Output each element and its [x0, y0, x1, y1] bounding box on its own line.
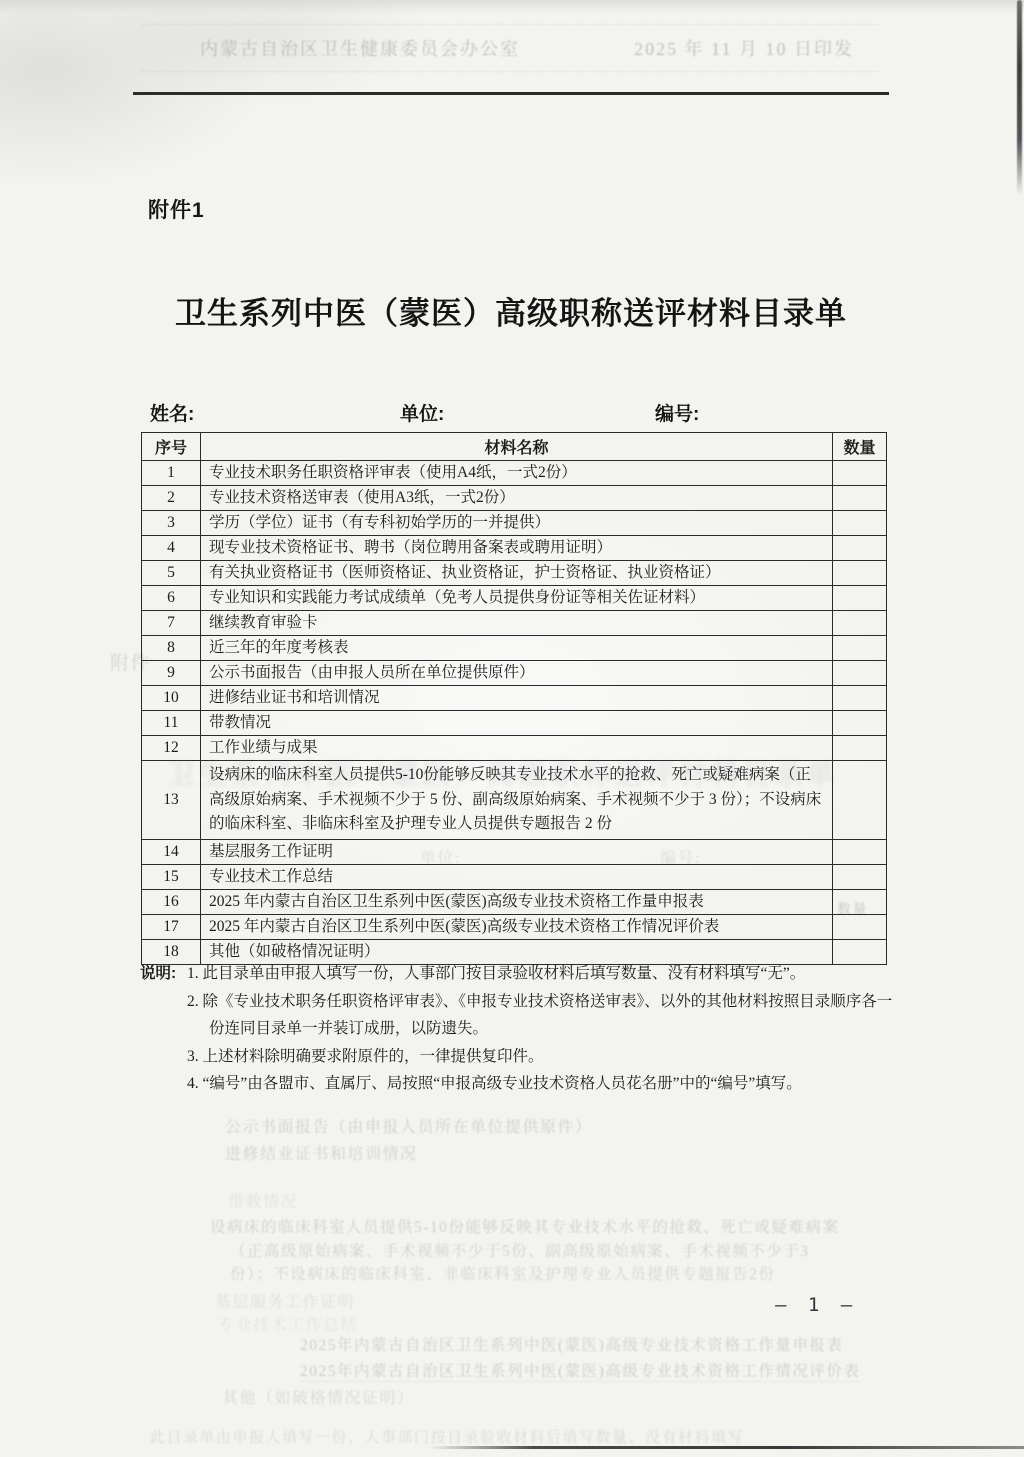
table-row: 15专业技术工作总结 [142, 864, 887, 889]
note-item: 4. “编号”由各盟市、直属厅、局按照“申报高级专业技术资格人员花名册”中的“编… [187, 1070, 896, 1098]
cell-qty [833, 889, 887, 914]
bleed-through-header: 内蒙古自治区卫生健康委员会办公室 2025 年 11 月 10 日印发 [142, 24, 878, 72]
scan-edge-right [1017, 0, 1022, 195]
cell-no: 15 [142, 864, 201, 889]
cell-name: 公示书面报告（由申报人员所在单位提供原件） [201, 661, 833, 686]
cell-name: 近三年的年度考核表 [201, 636, 833, 661]
table-header-row: 序号 材料名称 数量 [142, 433, 887, 461]
ghost-text-fragment: 基层服务工作证明 [215, 1289, 355, 1312]
cell-qty [833, 536, 887, 561]
cell-name: 现专业技术资格证书、聘书（岗位聘用备案表或聘用证明） [201, 536, 833, 561]
cell-name: 专业技术工作总结 [201, 864, 833, 889]
header-rule [133, 92, 889, 95]
cell-no: 13 [142, 761, 201, 840]
scan-edge-bottom [428, 1446, 1024, 1449]
cell-no: 8 [142, 636, 201, 661]
cell-name: 专业技术职务任职资格评审表（使用A4纸，一式2份） [201, 461, 833, 486]
cell-no: 7 [142, 611, 201, 636]
cell-qty [833, 511, 887, 536]
ghost-text-fragment: 专业技术工作总结 [218, 1312, 358, 1335]
ghost-text-fragment: 公示书面报告（由申报人员所在单位提供原件） [225, 1114, 593, 1137]
ghost-text-fragment: 份）；不设病床的临床科室、非临床科室及护理专业人员提供专题报告2份 [230, 1262, 776, 1284]
ghost-text-fragment: 2025年内蒙古自治区卫生系列中医(蒙医)高级专业技术资格工作情况评价表 [300, 1359, 860, 1382]
cell-qty [833, 711, 887, 736]
cell-name: 继续教育审验卡 [201, 611, 833, 636]
cell-name: 2025 年内蒙古自治区卫生系列中医(蒙医)高级专业技术资格工作量申报表 [201, 889, 833, 914]
cell-qty [833, 561, 887, 586]
name-label: 姓名: [150, 399, 194, 426]
table-row: 9公示书面报告（由申报人员所在单位提供原件） [142, 661, 887, 686]
cell-name: 专业知识和实践能力考试成绩单（免考人员提供身份证等相关佐证材料） [201, 586, 833, 611]
table-row: 13设病床的临床科室人员提供5-10份能够反映其专业技术水平的抢救、死亡或疑难病… [142, 761, 887, 840]
table-row: 4现专业技术资格证书、聘书（岗位聘用备案表或聘用证明） [142, 536, 887, 561]
note-item: 1. 此目录单由申报人填写一份，人事部门按目录验收材料后填写数量、没有材料填写“… [187, 960, 896, 988]
cell-qty [833, 761, 887, 840]
ghost-text-fragment: 带教情况 [228, 1189, 298, 1212]
scanned-document-page: 内蒙古自治区卫生健康委员会办公室 2025 年 11 月 10 日印发 附件1 … [0, 0, 1024, 1457]
page-number: — 1 — [775, 1294, 857, 1316]
cell-name: 专业技术资格送审表（使用A3纸，一式2份） [201, 486, 833, 511]
table-row: 7继续教育审验卡 [142, 611, 887, 636]
table-row: 6专业知识和实践能力考试成绩单（免考人员提供身份证等相关佐证材料） [142, 586, 887, 611]
cell-name: 学历（学位）证书（有专科初始学历的一并提供） [201, 511, 833, 536]
ghost-office-name: 内蒙古自治区卫生健康委员会办公室 [200, 35, 520, 61]
cell-qty [833, 586, 887, 611]
cell-no: 2 [142, 486, 201, 511]
cell-no: 14 [142, 839, 201, 864]
table-row: 11带教情况 [142, 711, 887, 736]
table-row: 12工作业绩与成果 [142, 736, 887, 761]
col-header-seq: 序号 [142, 433, 201, 461]
cell-qty [833, 611, 887, 636]
cell-qty [833, 636, 887, 661]
notes-label: 说明: [140, 960, 176, 988]
cell-qty [833, 486, 887, 511]
cell-name: 设病床的临床科室人员提供5-10份能够反映其专业技术水平的抢救、死亡或疑难病案（… [201, 761, 833, 840]
note-item: 2. 除《专业技术职务任职资格评审表》、《申报专业技术资格送审表》、以外的其他材… [187, 988, 896, 1043]
ghost-text-fragment: 设病床的临床科室人员提供5-10份能够反映其专业技术水平的抢救、死亡或疑难病案 [210, 1215, 839, 1237]
table-row: 8近三年的年度考核表 [142, 636, 887, 661]
ghost-text-fragment: （正高级原始病案、手术视频不少于5份、副高级原始病案、手术视频不少于3 [230, 1239, 810, 1261]
cell-no: 4 [142, 536, 201, 561]
cell-no: 16 [142, 889, 201, 914]
cell-no: 1 [142, 461, 201, 486]
unit-label: 单位: [400, 399, 444, 426]
table-row: 3学历（学位）证书（有专科初始学历的一并提供） [142, 511, 887, 536]
cell-name: 2025 年内蒙古自治区卫生系列中医(蒙医)高级专业技术资格工作情况评价表 [201, 914, 833, 939]
col-header-material: 材料名称 [201, 433, 833, 461]
ghost-text-fragment: 其他（如破格情况证明） [222, 1385, 415, 1408]
cell-name: 工作业绩与成果 [201, 736, 833, 761]
ghost-text-fragment: 2025年内蒙古自治区卫生系列中医(蒙医)高级专业技术资格工作量申报表 [300, 1333, 843, 1355]
cell-name: 基层服务工作证明 [201, 839, 833, 864]
cell-no: 10 [142, 686, 201, 711]
cell-name: 带教情况 [201, 711, 833, 736]
cell-name: 有关执业资格证书（医师资格证、执业资格证，护士资格证、执业资格证） [201, 561, 833, 586]
table-row: 10进修结业证书和培训情况 [142, 686, 887, 711]
ghost-text-fragment: 此目录单由申报人填写一份，人事部门按目录验收材料后填写数量、没有材料填写 [150, 1426, 744, 1447]
cell-no: 3 [142, 511, 201, 536]
cell-no: 12 [142, 736, 201, 761]
note-item: 3. 上述材料除明确要求附原件的，一律提供复印件。 [187, 1043, 896, 1071]
attachment-label: 附件1 [148, 194, 205, 224]
table-row: 162025 年内蒙古自治区卫生系列中医(蒙医)高级专业技术资格工作量申报表 [142, 889, 887, 914]
ghost-text-fragment: 进修结业证书和培训情况 [225, 1141, 418, 1164]
table-row: 2专业技术资格送审表（使用A3纸，一式2份） [142, 486, 887, 511]
cell-qty [833, 914, 887, 939]
cell-no: 9 [142, 661, 201, 686]
col-header-qty: 数量 [833, 433, 887, 461]
cell-no: 17 [142, 914, 201, 939]
materials-table: 序号 材料名称 数量 1专业技术职务任职资格评审表（使用A4纸，一式2份）2专业… [141, 432, 887, 965]
table-row: 1专业技术职务任职资格评审表（使用A4纸，一式2份） [142, 461, 887, 486]
cell-qty [833, 864, 887, 889]
table-row: 14基层服务工作证明 [142, 839, 887, 864]
cell-qty [833, 661, 887, 686]
notes-section: 说明: 1. 此目录单由申报人填写一份，人事部门按目录验收材料后填写数量、没有材… [140, 960, 896, 1098]
cell-name: 进修结业证书和培训情况 [201, 686, 833, 711]
document-title: 卫生系列中医（蒙医）高级职称送评材料目录单 [133, 288, 889, 333]
form-meta-row: 姓名: 单位: 编号: [0, 399, 1024, 427]
cell-qty [833, 736, 887, 761]
cell-qty [833, 686, 887, 711]
cell-qty [833, 839, 887, 864]
cell-no: 6 [142, 586, 201, 611]
cell-qty [833, 461, 887, 486]
ghost-issue-date: 2025 年 11 月 10 日印发 [634, 35, 854, 61]
cell-no: 5 [142, 561, 201, 586]
cell-no: 11 [142, 711, 201, 736]
number-label: 编号: [655, 399, 699, 426]
table-row: 172025 年内蒙古自治区卫生系列中医(蒙医)高级专业技术资格工作情况评价表 [142, 914, 887, 939]
table-row: 5有关执业资格证书（医师资格证、执业资格证，护士资格证、执业资格证） [142, 561, 887, 586]
